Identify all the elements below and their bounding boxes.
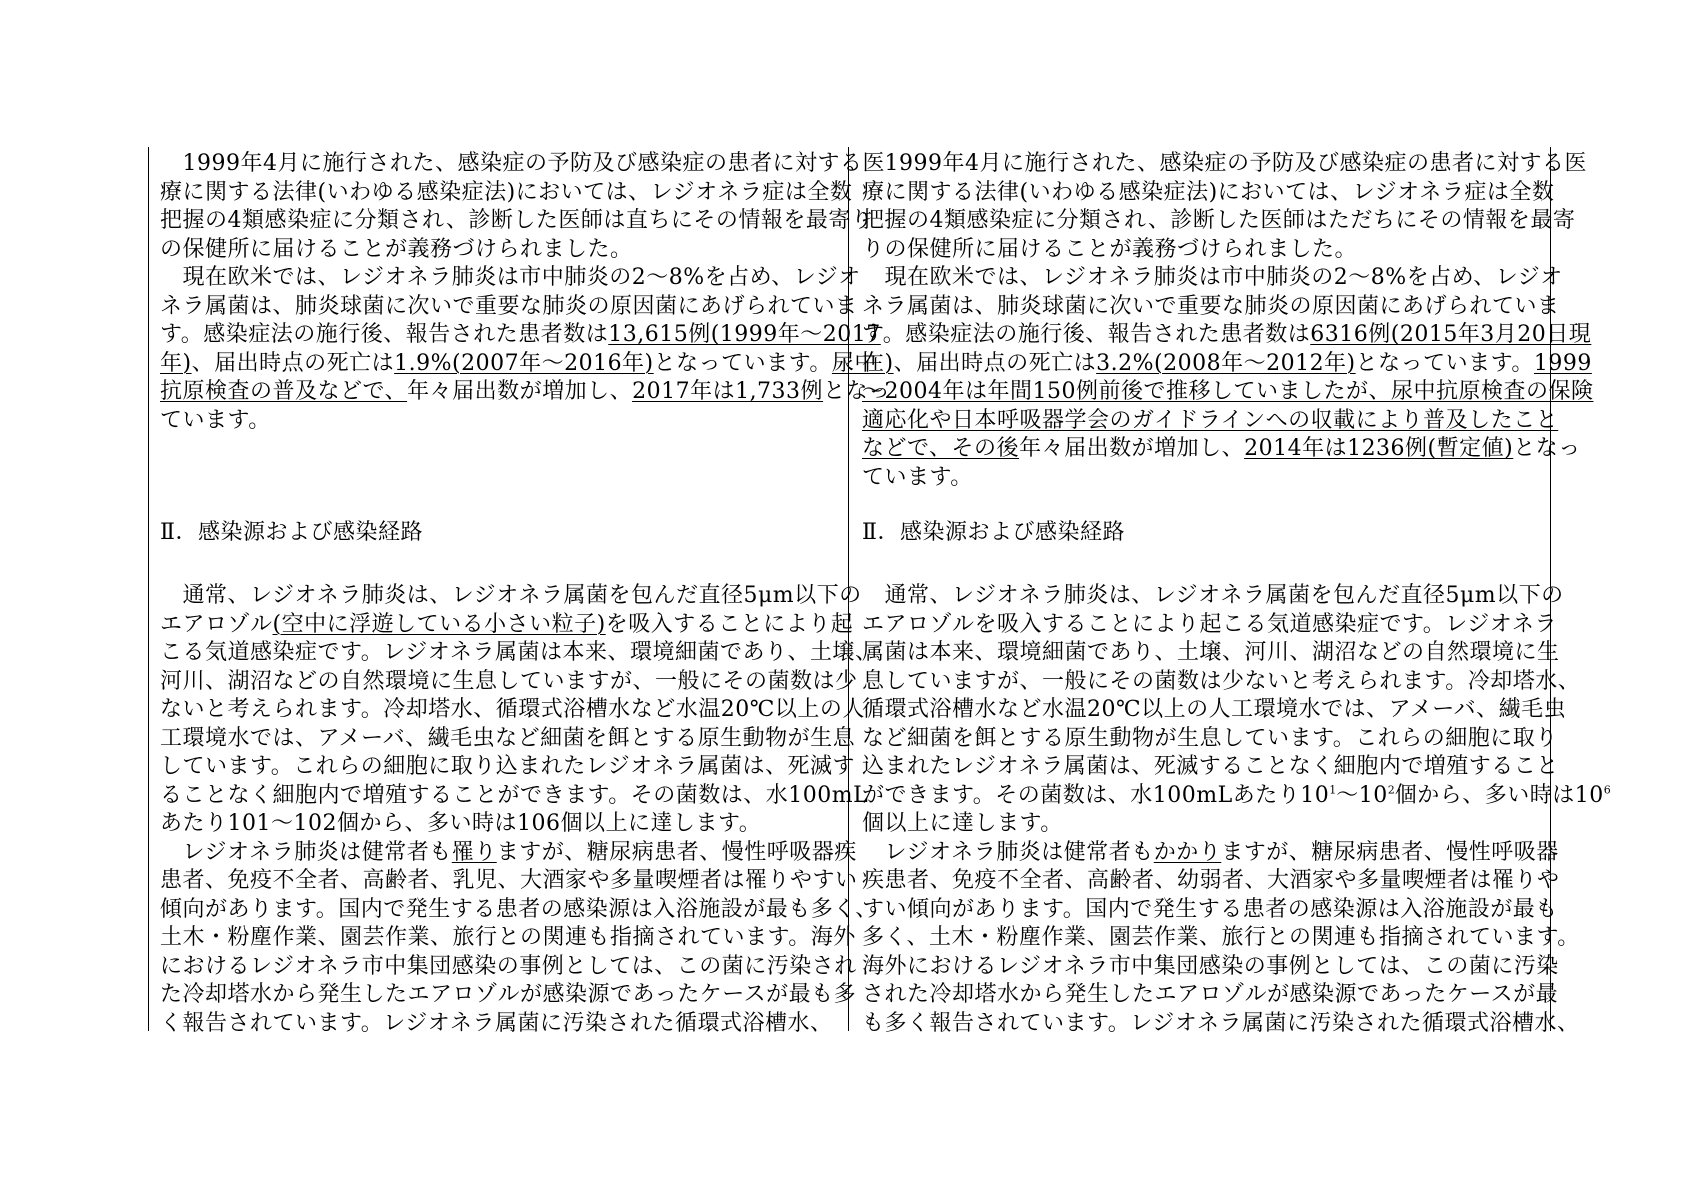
text-segment: ています。 [160, 408, 271, 433]
text-line: あたり101～102個から、多い時は106個以上に達します。 [160, 810, 838, 839]
text-line: 疾患者、免疫不全者、高齢者、幼弱者、大酒家や多量喫煙者は罹りや [862, 867, 1540, 896]
text-segment: ネラ属菌は、肺炎球菌に次いで重要な肺炎の原因菌にあげられていま [862, 294, 1560, 319]
underlined-text: 抗原検査の普及などで、 [160, 379, 407, 404]
underlined-text: 1.9%(2007年～2016年) [394, 351, 654, 376]
text-segment: 河川、湖沼などの自然環境に生息していますが、一般にその菌数は少 [160, 669, 858, 694]
text-line: された冷却塔水から発生したエアロゾルが感染源であったケースが最 [862, 981, 1540, 1010]
underlined-text: 2017年は1,733例 [632, 379, 823, 404]
text-line: すい傾向があります。国内で発生する患者の感染源は入浴施設が最も [862, 896, 1540, 925]
underlined-text: 13,615例(1999年～2017 [608, 322, 881, 347]
text-line: す。感染症法の施行後、報告された患者数は6316例(2015年3月20日現 [862, 321, 1540, 350]
text-line: 在)、届出時点の死亡は3.2%(2008年～2012年)となっています。1999 [862, 350, 1540, 379]
text-segment: 多く、土木・粉塵作業、園芸作業、旅行との関連も指摘されています。 [862, 925, 1580, 950]
text-line: 多く、土木・粉塵作業、園芸作業、旅行との関連も指摘されています。 [862, 924, 1540, 953]
text-line: 抗原検査の普及などで、年々届出数が増加し、2017年は1,733例となっ [160, 378, 838, 407]
text-segment: しています。これらの細胞に取り込まれたレジオネラ属菌は、死滅す [160, 754, 855, 779]
text-line: 傾向があります。国内で発生する患者の感染源は入浴施設が最も多く、 [160, 896, 838, 925]
text-line: 療に関する法律(いわゆる感染症法)においては、レジオネラ症は全数 [862, 179, 1540, 208]
text-segment: 属菌は本来、環境細菌であり、土壌、河川、湖沼などの自然環境に生 [862, 640, 1560, 665]
text-line: 1999年4月に施行された、感染症の予防及び感染症の患者に対する医 [160, 150, 838, 179]
text-line: ができます。その菌数は、水100mLあたり101～102個から、多い時は106 [862, 782, 1540, 811]
text-line: す。感染症法の施行後、報告された患者数は13,615例(1999年～2017 [160, 321, 838, 350]
text-segment: 通常、レジオネラ肺炎は、レジオネラ属菌を包んだ直径5μm以下の [160, 583, 862, 608]
right-column-body: 通常、レジオネラ肺炎は、レジオネラ属菌を包んだ直径5μm以下のエアロゾルを吸入す… [862, 582, 1540, 1038]
text-line: 現在欧米では、レジオネラ肺炎は市中肺炎の2～8%を占め、レジオ [862, 264, 1540, 293]
text-line: 個以上に達します。 [862, 810, 1540, 839]
text-line: しています。これらの細胞に取り込まれたレジオネラ属菌は、死滅す [160, 753, 838, 782]
text-line: 把握の4類感染症に分類され、診断した医師はただちにその情報を最寄 [862, 207, 1540, 236]
underlined-text: 在) [862, 351, 894, 376]
text-segment: 療に関する法律(いわゆる感染症法)においては、レジオネラ症は全数 [160, 180, 852, 205]
document-page: 1999年4月に施行された、感染症の予防及び感染症の患者に対する医療に関する法律… [0, 0, 1695, 1181]
underlined-text: かかり [1154, 840, 1222, 865]
text-line: 通常、レジオネラ肺炎は、レジオネラ属菌を包んだ直径5μm以下の [862, 582, 1540, 611]
text-segment: 疾患者、免疫不全者、高齢者、幼弱者、大酒家や多量喫煙者は罹りや [862, 868, 1560, 893]
text-segment: 工環境水では、アメーバ、繊毛虫など細菌を餌とする原生動物が生息 [160, 726, 855, 751]
text-line: ています。 [862, 464, 1540, 493]
text-segment: 年々届出数が増加し、 [1019, 436, 1244, 461]
text-segment: ～10 [1336, 783, 1388, 808]
text-segment: レジオネラ肺炎は健常者も [862, 840, 1154, 865]
underlined-text: 2014年は1236例(暫定値) [1244, 436, 1513, 461]
text-segment: エアロゾルを吸入することにより起こる気道感染症です。レジオネラ [862, 612, 1557, 637]
text-segment: 年々届出数が増加し、 [407, 379, 632, 404]
underlined-text: などで、その後 [862, 436, 1019, 461]
left-column-intro: 1999年4月に施行された、感染症の予防及び感染症の患者に対する医療に関する法律… [160, 150, 838, 435]
text-line: ないと考えられます。冷却塔水、循環式浴槽水など水温20℃以上の人 [160, 696, 838, 725]
text-segment: となっています。 [654, 351, 832, 376]
text-segment: におけるレジオネラ市中集団感染の事例としては、この菌に汚染され [160, 954, 857, 979]
underlined-text: (空中に浮遊している小さい粒子) [273, 612, 606, 637]
text-segment: 現在欧米では、レジオネラ肺炎は市中肺炎の2～8%を占め、レジオ [160, 265, 861, 290]
text-segment: あたり101～102個から、多い時は106個以上に達します。 [160, 811, 761, 836]
text-segment: など細菌を餌とする原生動物が生息しています。これらの細胞に取り [862, 726, 1558, 751]
text-line: レジオネラ肺炎は健常者もかかりますが、糖尿病患者、慢性呼吸器 [862, 839, 1540, 868]
text-line: エアロゾルを吸入することにより起こる気道感染症です。レジオネラ [862, 611, 1540, 640]
underlined-text: ～2004年は年間150例前後で推移していましたが、尿中抗原検査の保険 [862, 379, 1593, 404]
text-segment: レジオネラ肺炎は健常者も [160, 840, 452, 865]
text-segment: 患者、免疫不全者、高齢者、乳児、大酒家や多量喫煙者は罹りやすい [160, 868, 858, 893]
text-line: 工環境水では、アメーバ、繊毛虫など細菌を餌とする原生動物が生息 [160, 725, 838, 754]
text-line: 把握の4類感染症に分類され、診断した医師は直ちにその情報を最寄り [160, 207, 838, 236]
text-segment: ネラ属菌は、肺炎球菌に次いで重要な肺炎の原因菌にあげられていま [160, 294, 858, 319]
left-section-heading: Ⅱ．感染源および感染経路 [160, 519, 423, 548]
text-segment: された冷却塔水から発生したエアロゾルが感染源であったケースが最 [862, 982, 1558, 1007]
text-segment: 循環式浴槽水など水温20℃以上の人工環境水では、アメーバ、繊毛虫 [862, 697, 1566, 722]
underlined-text: 適応化や日本呼吸器学会のガイドラインへの収載により普及したこと [862, 408, 1558, 433]
text-segment: 海外におけるレジオネラ市中集団感染の事例としては、この菌に汚染 [862, 954, 1559, 979]
text-segment: 1999年4月に施行された、感染症の予防及び感染症の患者に対する医 [862, 151, 1587, 176]
text-line: 息していますが、一般にその菌数は少ないと考えられます。冷却塔水、 [862, 668, 1540, 697]
text-segment: となっ [1513, 436, 1581, 461]
text-line: 通常、レジオネラ肺炎は、レジオネラ属菌を包んだ直径5μm以下の [160, 582, 838, 611]
text-segment: 把握の4類感染症に分類され、診断した医師はただちにその情報を最寄 [862, 208, 1575, 233]
text-line: 適応化や日本呼吸器学会のガイドラインへの収載により普及したこと [862, 407, 1540, 436]
superscript: 6 [1604, 783, 1611, 796]
text-line: エアロゾル(空中に浮遊している小さい粒子)を吸入することにより起 [160, 611, 838, 640]
text-segment: 個以上に達します。 [862, 811, 1063, 836]
text-line: こる気道感染症です。レジオネラ属菌は本来、環境細菌であり、土壌、 [160, 639, 838, 668]
superscript: 2 [1388, 783, 1395, 796]
text-segment: となっています。 [1356, 351, 1534, 376]
text-line: た冷却塔水から発生したエアロゾルが感染源であったケースが最も多 [160, 981, 838, 1010]
text-segment: 、届出時点の死亡は [894, 351, 1097, 376]
right-column-intro: 1999年4月に施行された、感染症の予防及び感染症の患者に対する医療に関する法律… [862, 150, 1540, 492]
text-segment: 個から、多い時は10 [1395, 783, 1604, 808]
text-segment: た冷却塔水から発生したエアロゾルが感染源であったケースが最も多 [160, 982, 856, 1007]
text-segment: 通常、レジオネラ肺炎は、レジオネラ属菌を包んだ直径5μm以下の [862, 583, 1564, 608]
text-line: 1999年4月に施行された、感染症の予防及び感染症の患者に対する医 [862, 150, 1540, 179]
text-line: ネラ属菌は、肺炎球菌に次いで重要な肺炎の原因菌にあげられていま [862, 293, 1540, 322]
text-segment: りの保健所に届けることが義務づけられました。 [862, 237, 1357, 262]
text-line: におけるレジオネラ市中集団感染の事例としては、この菌に汚染され [160, 953, 838, 982]
text-segment: の保健所に届けることが義務づけられました。 [160, 237, 633, 262]
text-line: ネラ属菌は、肺炎球菌に次いで重要な肺炎の原因菌にあげられていま [160, 293, 838, 322]
text-line: 療に関する法律(いわゆる感染症法)においては、レジオネラ症は全数 [160, 179, 838, 208]
text-line: ています。 [160, 407, 838, 436]
text-line: ることなく細胞内で増殖することができます。その菌数は、水100mL [160, 782, 838, 811]
text-line: りの保健所に届けることが義務づけられました。 [862, 236, 1540, 265]
underlined-text: 罹り [452, 840, 497, 865]
text-segment: 込まれたレジオネラ属菌は、死滅することなく細胞内で増殖すること [862, 754, 1559, 779]
text-line: く報告されています。レジオネラ属菌に汚染された循環式浴槽水、 [160, 1010, 838, 1039]
text-line: 土木・粉塵作業、園芸作業、旅行との関連も指摘されています。海外 [160, 924, 838, 953]
text-line: レジオネラ肺炎は健常者も罹りますが、糖尿病患者、慢性呼吸器疾 [160, 839, 838, 868]
text-line: 込まれたレジオネラ属菌は、死滅することなく細胞内で増殖すること [862, 753, 1540, 782]
text-line: 属菌は本来、環境細菌であり、土壌、河川、湖沼などの自然環境に生 [862, 639, 1540, 668]
text-segment: ますが、糖尿病患者、慢性呼吸器 [1221, 840, 1559, 865]
text-segment: 傾向があります。国内で発生する患者の感染源は入浴施設が最も多く、 [160, 897, 878, 922]
underlined-text: 6316例(2015年3月20日現 [1310, 322, 1591, 347]
text-line: 現在欧米では、レジオネラ肺炎は市中肺炎の2～8%を占め、レジオ [160, 264, 838, 293]
text-segment: すい傾向があります。国内で発生する患者の感染源は入浴施設が最も [862, 897, 1558, 922]
text-line: も多く報告されています。レジオネラ属菌に汚染された循環式浴槽水、 [862, 1010, 1540, 1039]
text-line: ～2004年は年間150例前後で推移していましたが、尿中抗原検査の保険 [862, 378, 1540, 407]
text-segment: も多く報告されています。レジオネラ属菌に汚染された循環式浴槽水、 [862, 1011, 1579, 1036]
text-segment: を吸入することにより起 [606, 612, 854, 637]
underlined-text: 1999 [1534, 351, 1592, 376]
text-line: 年)、届出時点の死亡は1.9%(2007年～2016年)となっています。尿中 [160, 350, 838, 379]
text-segment: 1999年4月に施行された、感染症の予防及び感染症の患者に対する医 [160, 151, 885, 176]
text-segment: ることなく細胞内で増殖することができます。その菌数は、水100mL [160, 783, 868, 808]
text-line: 海外におけるレジオネラ市中集団感染の事例としては、この菌に汚染 [862, 953, 1540, 982]
text-segment: く報告されています。レジオネラ属菌に汚染された循環式浴槽水、 [160, 1011, 832, 1036]
underlined-text: 3.2%(2008年～2012年) [1096, 351, 1356, 376]
right-section-heading: Ⅱ．感染源および感染経路 [862, 519, 1125, 548]
text-line: など細菌を餌とする原生動物が生息しています。これらの細胞に取り [862, 725, 1540, 754]
text-segment: 把握の4類感染症に分類され、診断した医師は直ちにその情報を最寄り [160, 208, 873, 233]
text-segment: 療に関する法律(いわゆる感染症法)においては、レジオネラ症は全数 [862, 180, 1554, 205]
left-border-line [148, 147, 149, 1031]
text-line: 河川、湖沼などの自然環境に生息していますが、一般にその菌数は少 [160, 668, 838, 697]
text-line: の保健所に届けることが義務づけられました。 [160, 236, 838, 265]
text-segment: こる気道感染症です。レジオネラ属菌は本来、環境細菌であり、土壌、 [160, 640, 877, 665]
text-segment: す。感染症法の施行後、報告された患者数は [862, 322, 1310, 347]
text-line: 患者、免疫不全者、高齢者、乳児、大酒家や多量喫煙者は罹りやすい [160, 867, 838, 896]
text-segment: 、届出時点の死亡は [192, 351, 395, 376]
text-segment: ができます。その菌数は、水100mLあたり10 [862, 783, 1329, 808]
text-segment: エアロゾル [160, 612, 273, 637]
text-line: などで、その後年々届出数が増加し、2014年は1236例(暫定値)となっ [862, 435, 1540, 464]
text-segment: ないと考えられます。冷却塔水、循環式浴槽水など水温20℃以上の人 [160, 697, 865, 722]
text-segment: す。感染症法の施行後、報告された患者数は [160, 322, 608, 347]
text-segment: 現在欧米では、レジオネラ肺炎は市中肺炎の2～8%を占め、レジオ [862, 265, 1563, 290]
underlined-text: 年) [160, 351, 192, 376]
text-line: 循環式浴槽水など水温20℃以上の人工環境水では、アメーバ、繊毛虫 [862, 696, 1540, 725]
left-column-body: 通常、レジオネラ肺炎は、レジオネラ属菌を包んだ直径5μm以下のエアロゾル(空中に… [160, 582, 838, 1038]
text-segment: ています。 [862, 465, 973, 490]
text-segment: 土木・粉塵作業、園芸作業、旅行との関連も指摘されています。海外 [160, 925, 856, 950]
text-segment: ますが、糖尿病患者、慢性呼吸器疾 [497, 840, 857, 865]
text-segment: 息していますが、一般にその菌数は少ないと考えられます。冷却塔水、 [862, 669, 1580, 694]
